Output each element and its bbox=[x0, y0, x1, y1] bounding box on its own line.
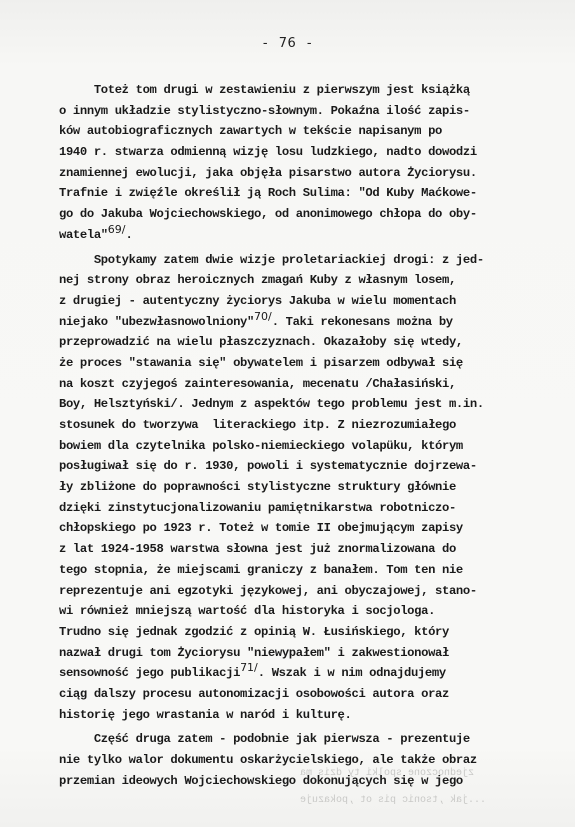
text-line: Część druga zatem - podobnie jak pierwsz… bbox=[59, 729, 559, 750]
text-line: posługiwał się do r. 1930, powoli i syst… bbox=[59, 456, 559, 477]
text-line: ków autobiograficznych zawartych w tekśc… bbox=[59, 121, 559, 142]
text-line: Spotykamy zatem dwie wizje proletariacki… bbox=[59, 250, 559, 271]
document-page: - 76 - zjednoczone spolki ty dzis ma ...… bbox=[0, 0, 575, 827]
paragraph: Część druga zatem - podobnie jak pierwsz… bbox=[59, 729, 559, 791]
text-line: Trudno się jednak zgodzić z opinią W. Łu… bbox=[59, 622, 559, 643]
body-text: Toteż tom drugi w zestawieniu z pierwszy… bbox=[59, 80, 559, 791]
text-line: stosunek do tworzywa literackiego itp. Z… bbox=[59, 415, 559, 436]
footnote-marker: 69/ bbox=[108, 223, 126, 236]
text-line: watela"69/. bbox=[59, 225, 559, 246]
text-line: ły zbliżone do poprawności stylistyczne … bbox=[59, 477, 559, 498]
text-line: go do Jakuba Wojciechowskiego, od anonim… bbox=[59, 204, 559, 225]
text-line: przemian ideowych Wojciechowskiego dokon… bbox=[59, 771, 559, 792]
text-line: sensowność jego publikacji71/. Wszak i w… bbox=[59, 663, 559, 684]
text-line: nej strony obraz heroicznych zmagań Kuby… bbox=[59, 270, 559, 291]
footnote-marker: 71/ bbox=[240, 661, 258, 674]
text-line: dzięki zinstytucjonalizowaniu pamiętnika… bbox=[59, 498, 559, 519]
text-line: ciąg dalszy procesu autonomizacji osobow… bbox=[59, 684, 559, 705]
paragraph: Toteż tom drugi w zestawieniu z pierwszy… bbox=[59, 80, 559, 246]
page-number: - 76 - bbox=[0, 36, 575, 51]
text-line: Boy, Helsztyński/. Jednym z aspektów teg… bbox=[59, 394, 559, 415]
text-line: o innym układzie stylistyczno-słownym. P… bbox=[59, 101, 559, 122]
text-line: przeprowadzić na wielu płaszczyznach. Ok… bbox=[59, 332, 559, 353]
text-line: niejako "ubezwłasnowolniony"70/. Taki re… bbox=[59, 312, 559, 333]
text-line: bowiem dla czytelnika polsko-niemieckieg… bbox=[59, 436, 559, 457]
text-line: tego stopnia, że miejscami graniczy z ba… bbox=[59, 560, 559, 581]
text-line: historię jego wrastania w naród i kultur… bbox=[59, 705, 559, 726]
text-line: Trafnie i zwięźle określił ją Roch Sulim… bbox=[59, 183, 559, 204]
text-line: chłopskiego po 1923 r. Toteż w tomie II … bbox=[59, 518, 559, 539]
text-line: że proces "stawania się" obywatelem i pi… bbox=[59, 353, 559, 374]
text-line: wi również mniejszą wartość dla historyk… bbox=[59, 601, 559, 622]
text-line: znamiennej ewolucji, jaka objęła pisarst… bbox=[59, 163, 559, 184]
text-line: reprezentuje ani egzotyki językowej, ani… bbox=[59, 581, 559, 602]
text-line: z lat 1924-1958 warstwa słowna jest już … bbox=[59, 539, 559, 560]
text-line: na koszt czyjegoś zainteresowania, mecen… bbox=[59, 374, 559, 395]
text-line: nie tylko walor dokumentu oskarżycielski… bbox=[59, 750, 559, 771]
paragraph: Spotykamy zatem dwie wizje proletariacki… bbox=[59, 250, 559, 726]
text-line: z drugiej - autentyczny życiorys Jakuba … bbox=[59, 291, 559, 312]
text-line: Toteż tom drugi w zestawieniu z pierwszy… bbox=[59, 80, 559, 101]
bleed-through-text: ...jak ,tsonic pis ot ,pokazuje bbox=[300, 795, 486, 806]
text-line: 1940 r. stwarza odmienną wizję losu ludz… bbox=[59, 142, 559, 163]
text-line: nazwał drugi tom Życiorysu "niewypałem" … bbox=[59, 643, 559, 664]
footnote-marker: 70/ bbox=[254, 310, 272, 323]
